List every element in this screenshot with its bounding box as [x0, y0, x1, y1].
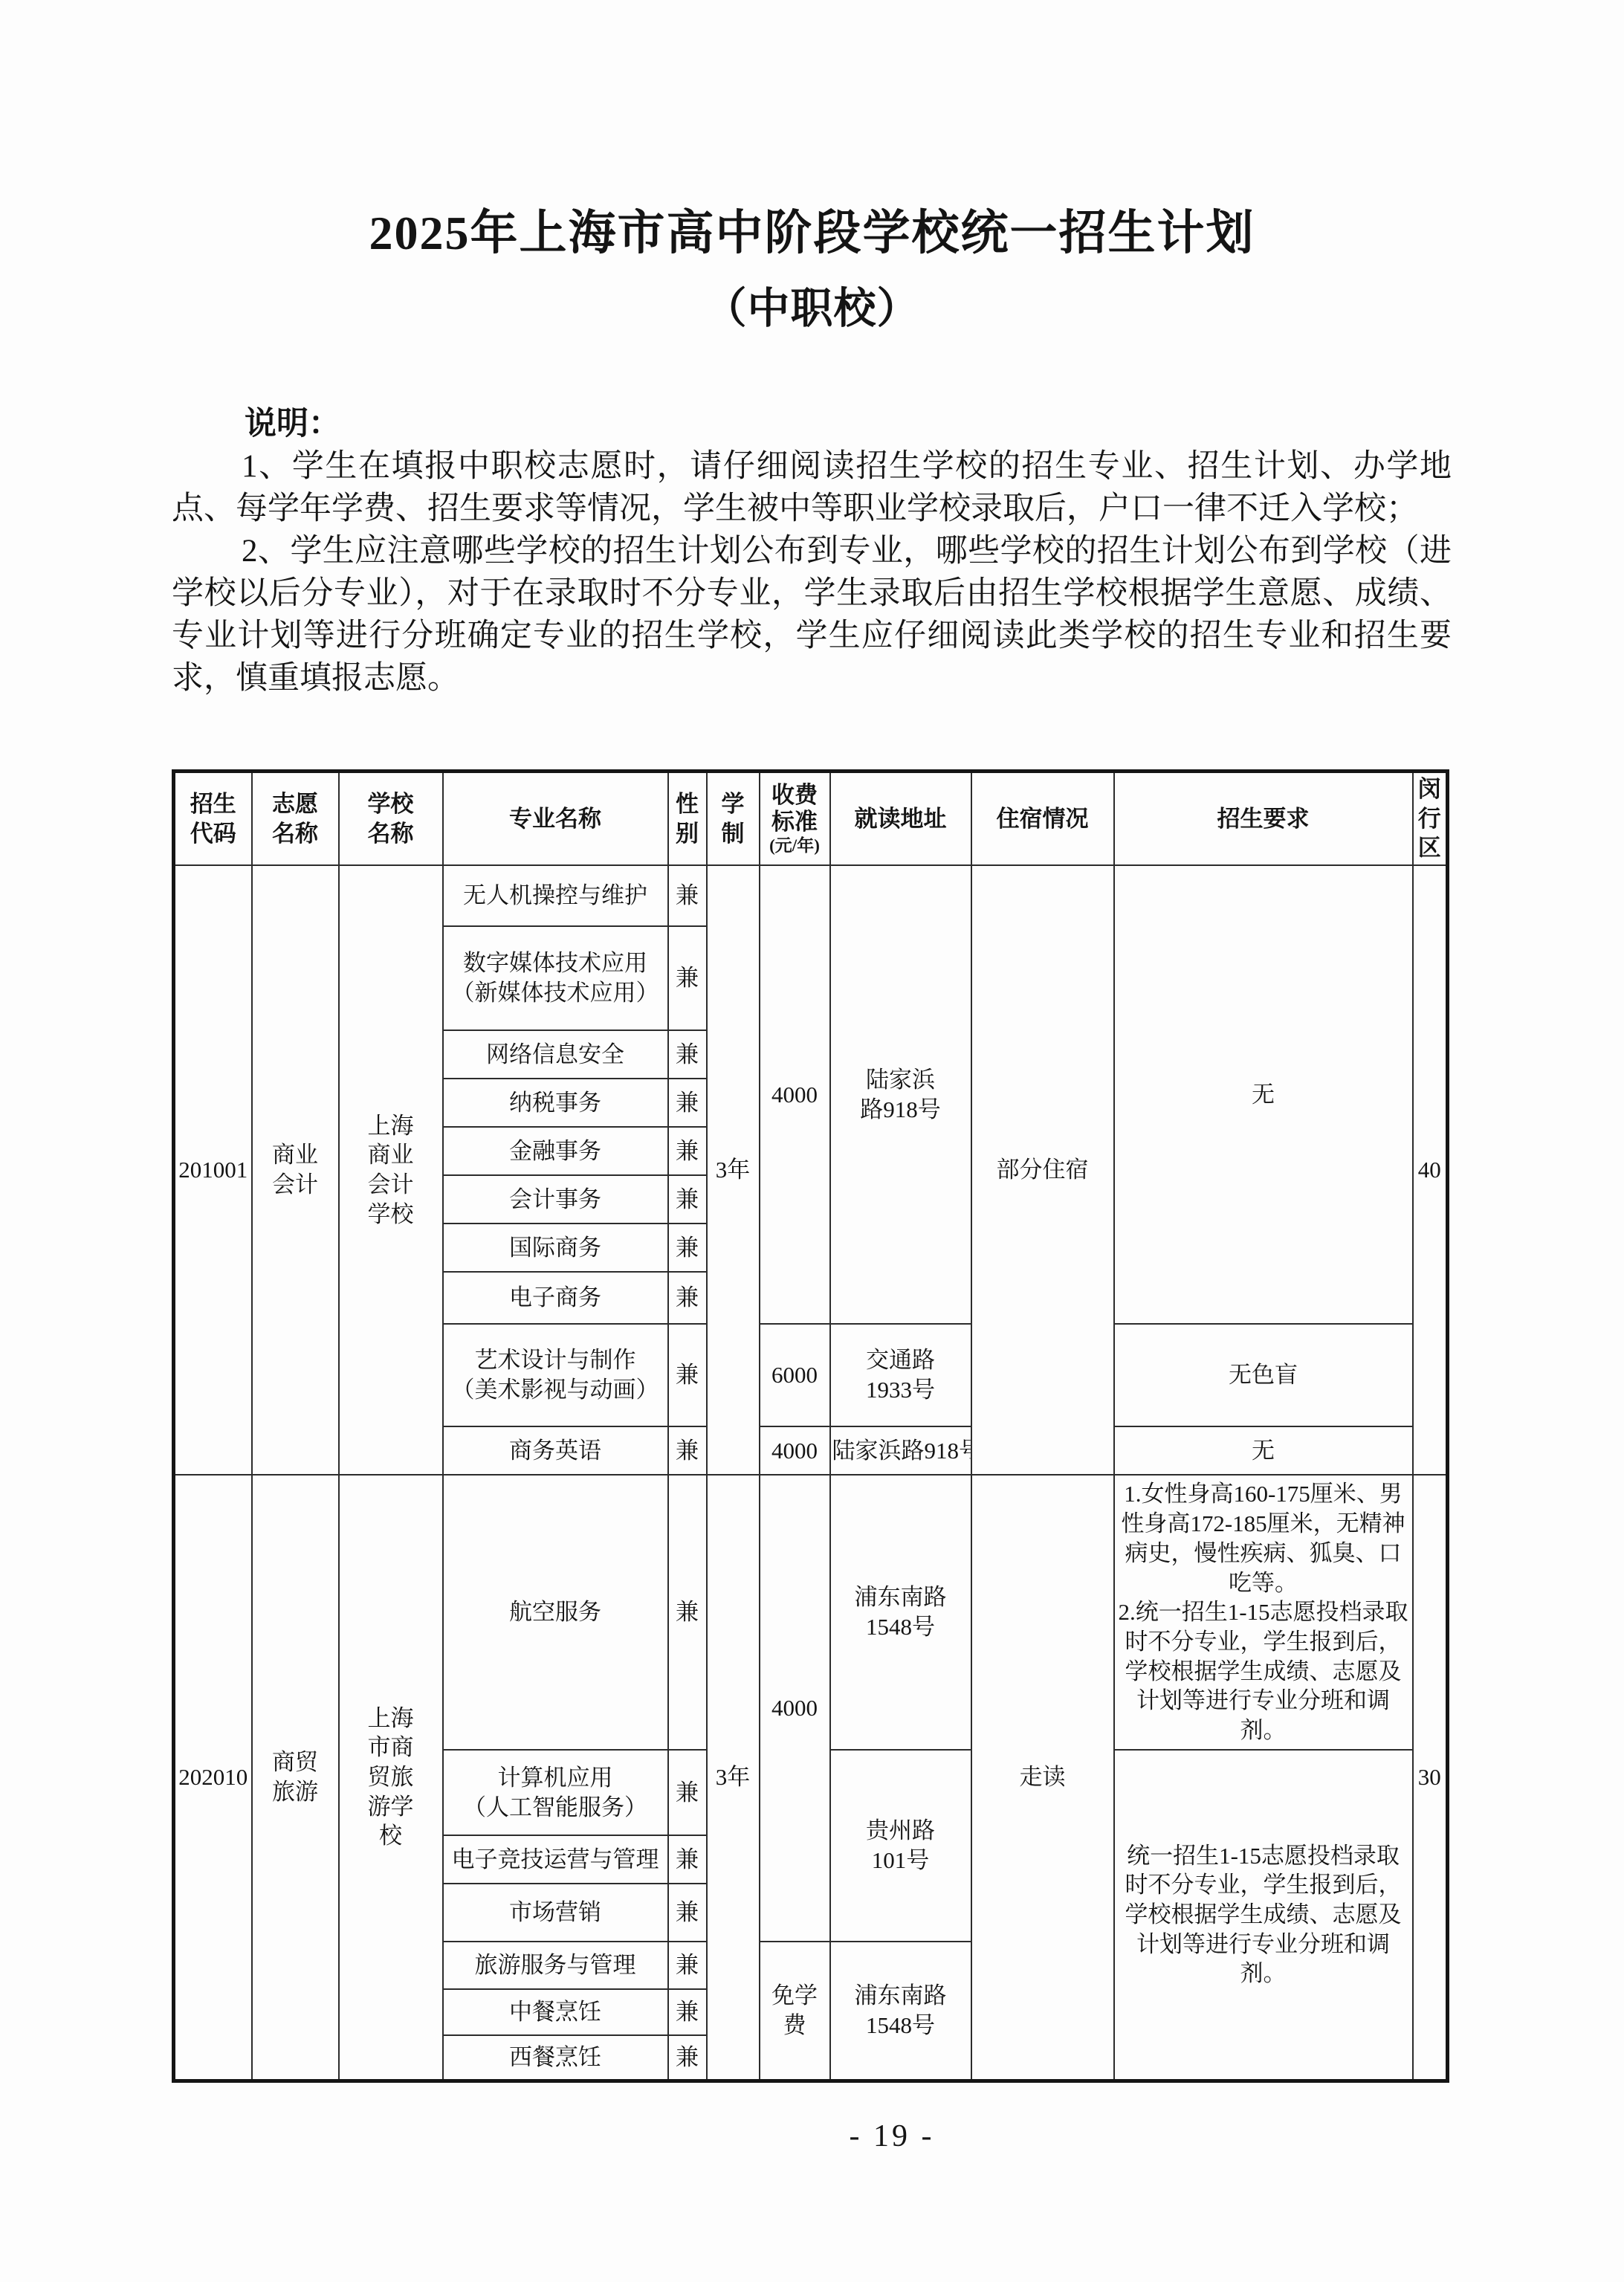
- school-code: 202010: [174, 1475, 252, 2081]
- address-cell: 浦东南路 1548号: [830, 1942, 971, 2081]
- major-name: 无人机操控与维护: [443, 865, 668, 926]
- gender-cell: 兼: [668, 1835, 707, 1884]
- table-row: 201001 商业 会计 上海 商业 会计 学校 无人机操控与维护 兼 3年 4…: [174, 865, 1448, 926]
- major-name: 中餐烹饪: [443, 1989, 668, 2035]
- gender-cell: 兼: [668, 865, 707, 926]
- major-name: 航空服务: [443, 1475, 668, 1750]
- table-row: 202010 商贸 旅游 上海 市商 贸旅 游学 校 航空服务 兼 3年 400…: [174, 1475, 1448, 1750]
- header-fee: 收费 标准 (元/年): [760, 772, 830, 866]
- title-line-2: （中职校）: [0, 274, 1624, 335]
- duration-cell: 3年: [707, 1475, 760, 2081]
- address-cell: 陆家浜 路918号: [830, 865, 971, 1324]
- notes-section: 说明： 1、学生在填报中职校志愿时，请仔细阅读招生学校的招生专业、招生计划、办学…: [172, 403, 1452, 699]
- address-cell: 陆家浜路918号: [830, 1426, 971, 1475]
- major-name: 纳税事务: [443, 1079, 668, 1127]
- header-lodging: 住宿情况: [971, 772, 1114, 866]
- gender-cell: 兼: [668, 1475, 707, 1750]
- gender-cell: 兼: [668, 1272, 707, 1324]
- district-count: 30: [1413, 1475, 1448, 2081]
- gender-cell: 兼: [668, 1942, 707, 1989]
- header-school-name: 学校 名称: [339, 772, 443, 866]
- table-header-row: 招生 代码 志愿 名称 学校 名称 专业名称 性 别 学 制 收费 标准 (元/…: [174, 772, 1448, 866]
- header-fee-unit: (元/年): [762, 835, 828, 856]
- fee-cell: 4000: [760, 865, 830, 1324]
- major-name: 旅游服务与管理: [443, 1942, 668, 1989]
- major-name: 西餐烹饪: [443, 2035, 668, 2081]
- gender-cell: 兼: [668, 1989, 707, 2035]
- major-name: 电子商务: [443, 1272, 668, 1324]
- major-name: 金融事务: [443, 1127, 668, 1175]
- header-fee-label: 收费 标准: [762, 782, 828, 835]
- notes-heading: 说明：: [245, 403, 1452, 445]
- school-code: 201001: [174, 865, 252, 1475]
- requirement-cell: 统一招生1-15志愿投档录取时不分专业，学生报到后，学校根据学生成绩、志愿及计划…: [1114, 1750, 1413, 2081]
- header-gender: 性 别: [668, 772, 707, 866]
- fee-cell: 免学费: [760, 1942, 830, 2081]
- header-district: 闵 行 区: [1413, 772, 1448, 866]
- note-paragraph-1: 1、学生在填报中职校志愿时，请仔细阅读招生学校的招生专业、招生计划、办学地点、每…: [172, 445, 1452, 530]
- major-name: 电子竞技运营与管理: [443, 1835, 668, 1884]
- header-requirement: 招生要求: [1114, 772, 1413, 866]
- gender-cell: 兼: [668, 2035, 707, 2081]
- address-cell: 浦东南路 1548号: [830, 1475, 971, 1750]
- gender-cell: 兼: [668, 1884, 707, 1942]
- major-name: 国际商务: [443, 1224, 668, 1272]
- address-cell: 贵州路 101号: [830, 1750, 971, 1942]
- header-address: 就读地址: [830, 772, 971, 866]
- document-title: 2025年上海市高中阶段学校统一招生计划 （中职校）: [0, 202, 1624, 335]
- major-name: 数字媒体技术应用 （新媒体技术应用）: [443, 926, 668, 1030]
- admission-plan-table: 招生 代码 志愿 名称 学校 名称 专业名称 性 别 学 制 收费 标准 (元/…: [172, 769, 1449, 2083]
- gender-cell: 兼: [668, 1426, 707, 1475]
- gender-cell: 兼: [668, 1224, 707, 1272]
- gender-cell: 兼: [668, 1324, 707, 1426]
- fee-cell: 4000: [760, 1426, 830, 1475]
- header-code: 招生 代码: [174, 772, 252, 866]
- header-major-name: 专业名称: [443, 772, 668, 866]
- gender-cell: 兼: [668, 926, 707, 1030]
- fee-cell: 4000: [760, 1475, 830, 1942]
- fee-cell: 6000: [760, 1324, 830, 1426]
- major-name: 网络信息安全: [443, 1030, 668, 1079]
- major-name: 市场营销: [443, 1884, 668, 1942]
- title-line-1: 2025年上海市高中阶段学校统一招生计划: [0, 202, 1624, 264]
- requirement-cell: 无色盲: [1114, 1324, 1413, 1426]
- page-number: - 19 -: [850, 2118, 935, 2154]
- header-choice-name: 志愿 名称: [252, 772, 339, 866]
- note-paragraph-2: 2、学生应注意哪些学校的招生计划公布到专业，哪些学校的招生计划公布到学校（进学校…: [172, 530, 1452, 699]
- choice-name: 商业 会计: [252, 865, 339, 1475]
- gender-cell: 兼: [668, 1127, 707, 1175]
- gender-cell: 兼: [668, 1030, 707, 1079]
- major-name: 艺术设计与制作 （美术影视与动画）: [443, 1324, 668, 1426]
- lodging-cell: 走读: [971, 1475, 1114, 2081]
- document-page: 2025年上海市高中阶段学校统一招生计划 （中职校） 说明： 1、学生在填报中职…: [0, 0, 1624, 2282]
- choice-name: 商贸 旅游: [252, 1475, 339, 2081]
- requirement-cell: 无: [1114, 1426, 1413, 1475]
- major-name: 计算机应用 （人工智能服务）: [443, 1750, 668, 1835]
- lodging-cell: 部分住宿: [971, 865, 1114, 1475]
- major-name: 会计事务: [443, 1175, 668, 1224]
- requirement-cell: 无: [1114, 865, 1413, 1324]
- header-duration: 学 制: [707, 772, 760, 866]
- address-cell: 交通路 1933号: [830, 1324, 971, 1426]
- gender-cell: 兼: [668, 1175, 707, 1224]
- requirement-cell: 1.女性身高160-175厘米、男性身高172-185厘米，无精神病史，慢性疾病…: [1114, 1475, 1413, 1750]
- district-count: 40: [1413, 865, 1448, 1475]
- gender-cell: 兼: [668, 1079, 707, 1127]
- gender-cell: 兼: [668, 1750, 707, 1835]
- duration-cell: 3年: [707, 865, 760, 1475]
- school-name: 上海 市商 贸旅 游学 校: [339, 1475, 443, 2081]
- major-name: 商务英语: [443, 1426, 668, 1475]
- school-name: 上海 商业 会计 学校: [339, 865, 443, 1475]
